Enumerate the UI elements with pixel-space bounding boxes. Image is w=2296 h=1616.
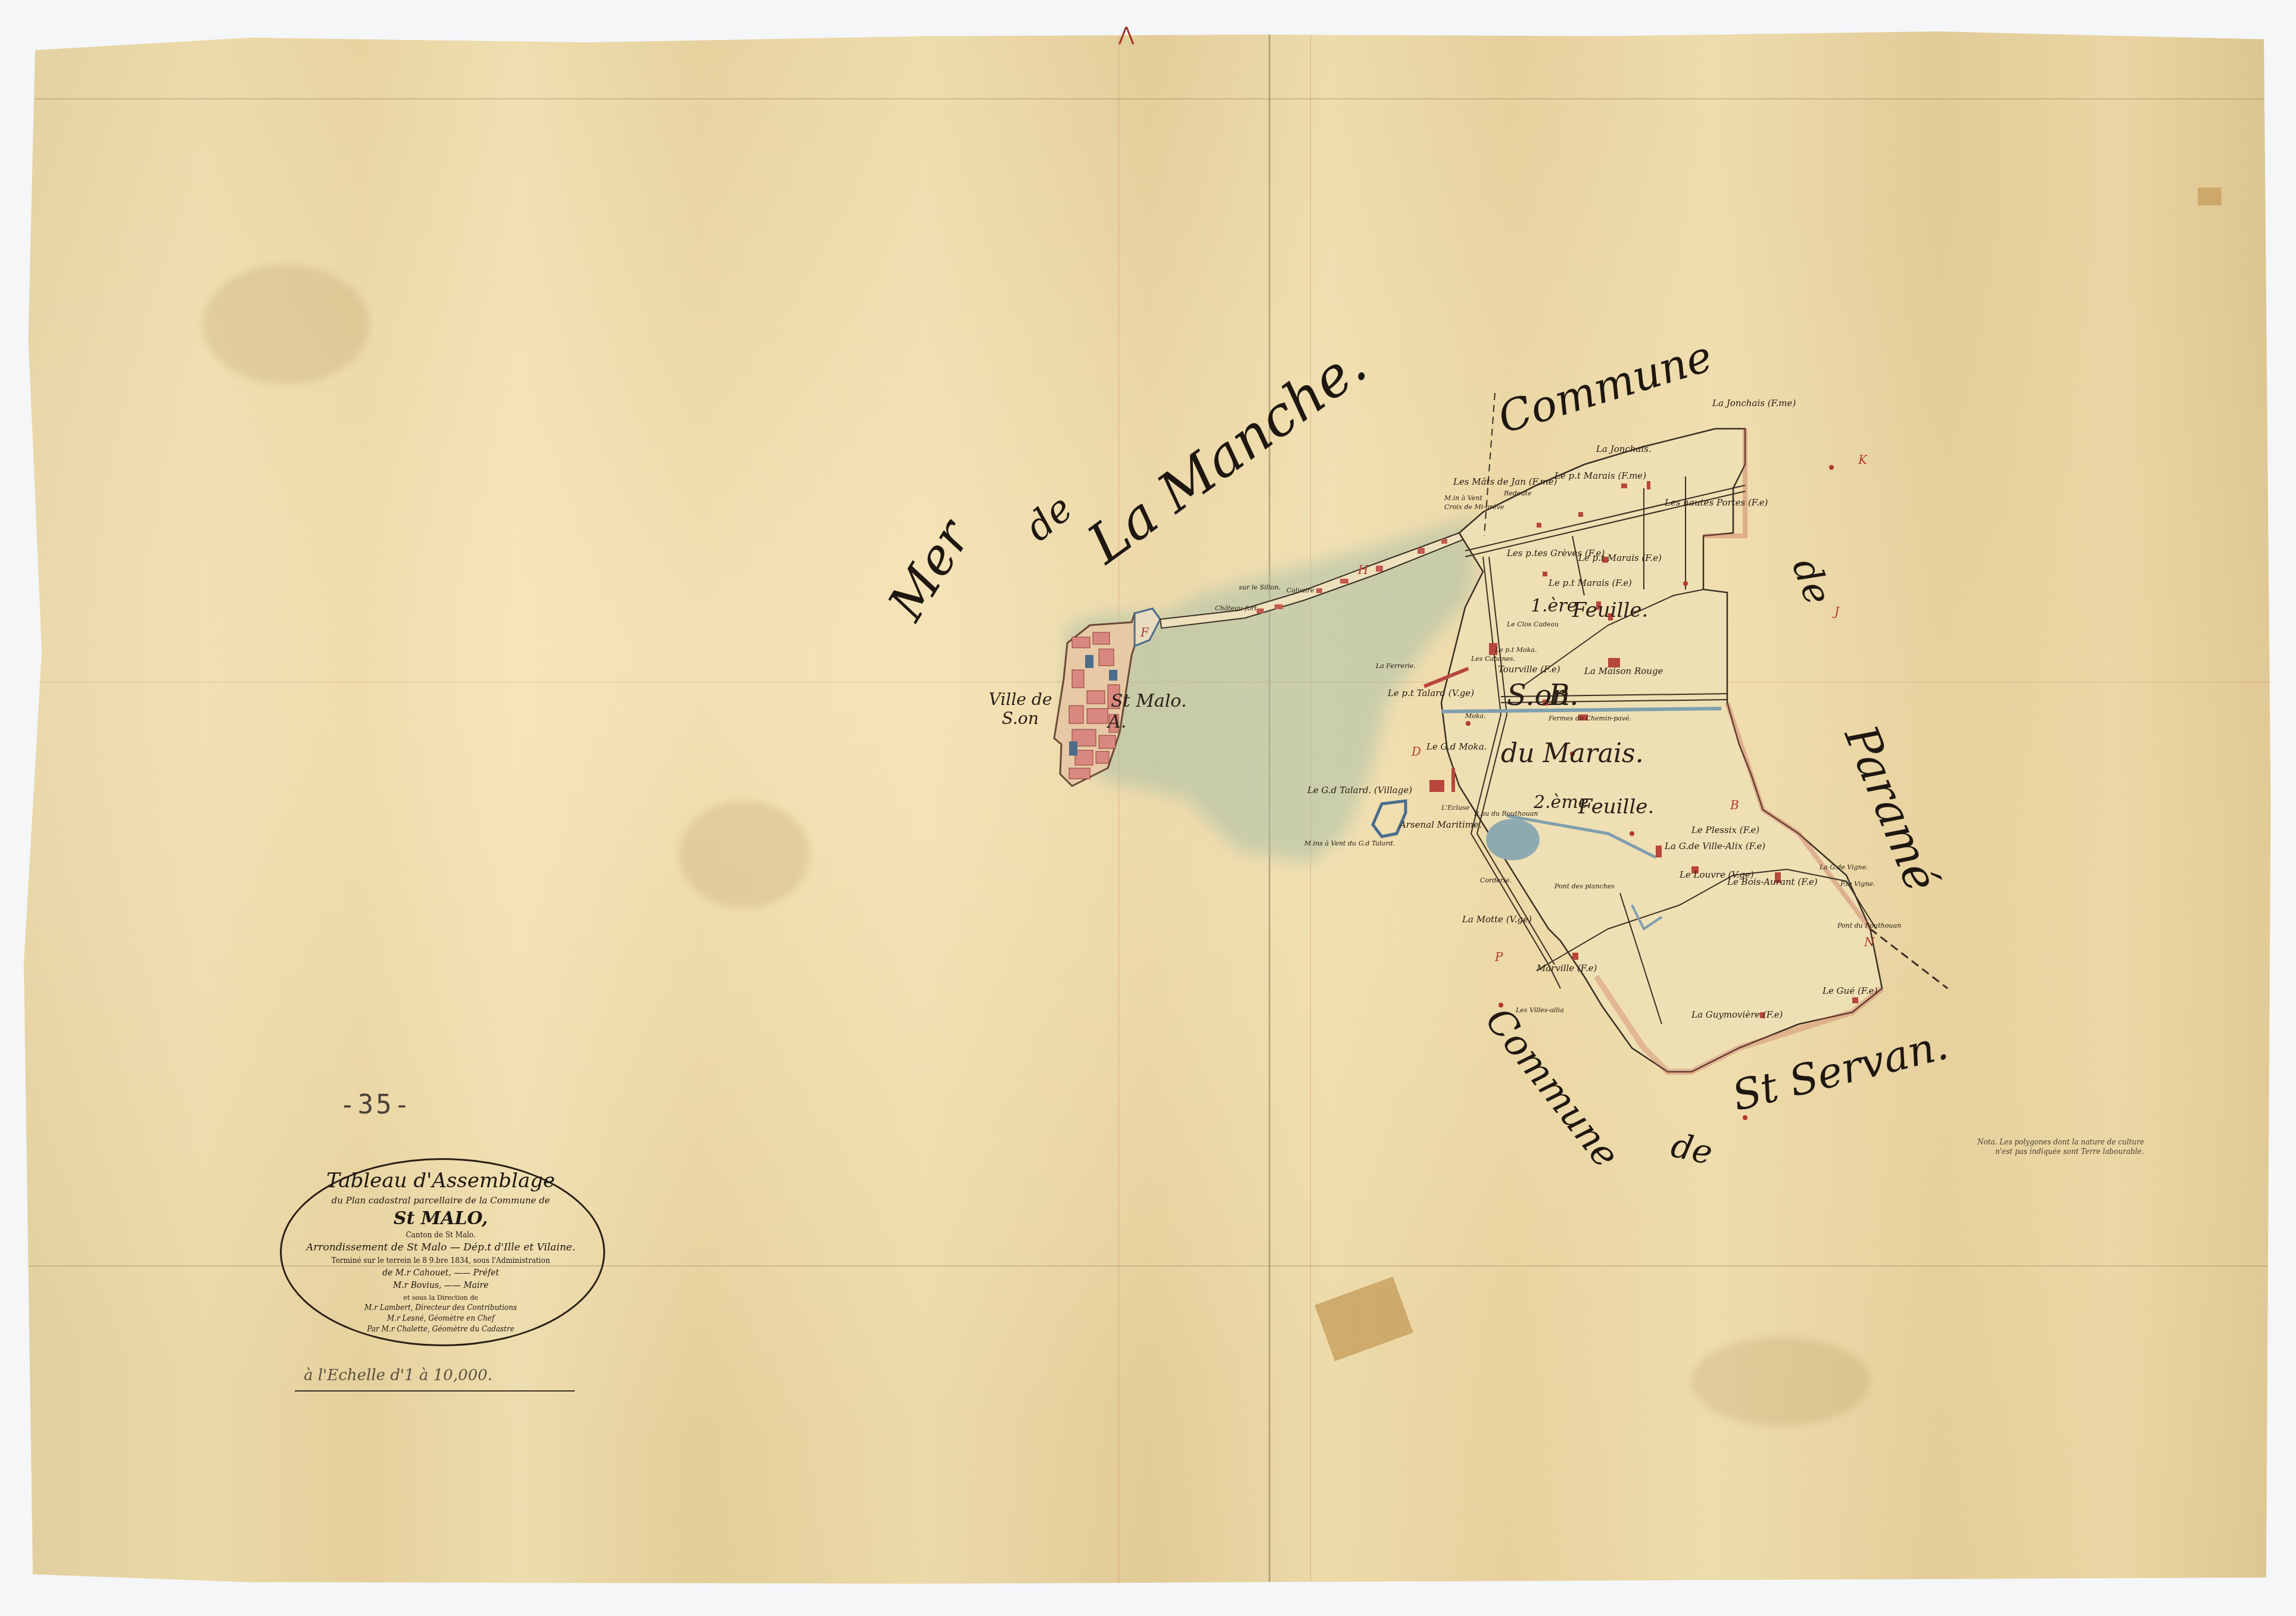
place-label: Marville (F.e) xyxy=(1537,963,1597,974)
arsenal-maritime xyxy=(1373,801,1406,837)
place-label: La Ferrerie. xyxy=(1376,662,1416,670)
survey-point-p: P xyxy=(1495,950,1503,964)
cartouche-termine: Terminé sur le terrein le 8 9.bre 1834, … xyxy=(280,1256,602,1265)
cartouche-geometre: Par M.r Chalette, Géomètre du Cadastre xyxy=(280,1325,602,1333)
section-a-line2: S.on xyxy=(1002,709,1039,728)
section-a-letter: A. xyxy=(1108,712,1126,732)
place-label: La Maison Rouge xyxy=(1584,666,1663,676)
place-label: Le p.t Marais (F.e) xyxy=(1578,553,1662,563)
feuille-2-label: Feuille. xyxy=(1578,795,1654,819)
place-label: La Guymovière (F.e) xyxy=(1691,1009,1783,1020)
title-cartouche: Tableau d'Assemblage du Plan cadastral p… xyxy=(280,1158,613,1355)
survey-point-n: N xyxy=(1864,935,1875,949)
cartouche-maire: M.r Bovius, —— Maire xyxy=(280,1281,602,1290)
place-label: La Jonchais (F.me) xyxy=(1712,398,1796,408)
survey-point-f: F xyxy=(1141,625,1149,639)
place-label: Le p.t Marais (F.me) xyxy=(1554,470,1646,481)
place-label: Château fort xyxy=(1215,604,1257,612)
etang-marville-pond xyxy=(1486,819,1540,860)
feuille-1-label: Feuille. xyxy=(1572,598,1648,622)
place-label: La Motte (V.ge) xyxy=(1462,914,1532,925)
place-label: Le p.t Marais (F.e) xyxy=(1549,578,1632,588)
feuille-1-num: 1.ère xyxy=(1531,595,1577,616)
survey-point-h: H xyxy=(1358,563,1368,577)
place-label: Le p.t Talard (V.ge) xyxy=(1388,688,1474,698)
cartouche-directeur: M.r Lambert, Directeur des Contributions xyxy=(280,1303,602,1312)
survey-point-j: J xyxy=(1834,604,1839,619)
place-label: Les Mâts de Jan (F.me) xyxy=(1453,476,1557,487)
place-label: La Jonchais. xyxy=(1596,444,1652,454)
place-label: P.te Vigne. xyxy=(1840,880,1876,888)
place-label: Le Bois-Aurant (F.e) xyxy=(1727,876,1818,887)
nota-text: Nota. Les polygones dont la nature de cu… xyxy=(1977,1137,2144,1156)
cartouche-arrondissement: Arrondissement de St Malo — Dép.t d'Ille… xyxy=(280,1241,602,1253)
place-label: Calvaire xyxy=(1286,586,1314,594)
place-label: Redoute xyxy=(1504,489,1531,497)
place-label: Le Plessix (F.e) xyxy=(1691,825,1759,835)
section-b-name: du Marais. xyxy=(1501,738,1644,769)
section-b-letter: B. xyxy=(1549,679,1579,712)
place-label: Le G.d Moka. xyxy=(1426,741,1487,752)
place-label: Le Gué (F.e) xyxy=(1823,985,1877,996)
place-label: Le G.d Talard. (Village) xyxy=(1307,785,1412,795)
survey-point-k: K xyxy=(1858,453,1867,467)
survey-point-d: D xyxy=(1412,744,1421,759)
place-label: Le p.t Moka. xyxy=(1495,646,1537,654)
place-label: Arsenal Maritime. xyxy=(1400,819,1482,830)
survey-point-b: B xyxy=(1730,798,1739,812)
nota-line-2: n'est pas indiquée sont Terre labourable… xyxy=(1977,1147,2144,1156)
place-label: Tourville (F.e) xyxy=(1498,664,1560,675)
place-label: sur le Sillon. xyxy=(1239,584,1281,591)
place-label: La G.de Vigne. xyxy=(1820,863,1868,871)
section-a-line1: Ville de xyxy=(989,690,1052,709)
place-label: Les Cabanes. xyxy=(1471,655,1515,663)
place-label: La G.de Ville-Alix (F.e) xyxy=(1665,841,1765,851)
nota-line-1: Nota. Les polygones dont la nature de cu… xyxy=(1977,1137,2144,1147)
cartouche-prefet: de M.r Cahouet, —— Préfet xyxy=(280,1268,602,1278)
place-label: M.ins à Vent du G.d Talard. xyxy=(1304,840,1395,847)
cartouche-direction: et sous la Direction de xyxy=(280,1294,602,1302)
place-label: Pont des planches xyxy=(1554,882,1615,890)
cartouche-subtitle: du Plan cadastral parcellaire de la Comm… xyxy=(280,1195,602,1206)
place-label: Corderie. xyxy=(1480,876,1512,884)
place-label: Pont du Routhouan xyxy=(1837,922,1901,929)
place-label: M.in à Vent xyxy=(1444,494,1482,502)
cartouche-title: Tableau d'Assemblage xyxy=(280,1169,602,1193)
cartouche-commune: St MALO, xyxy=(280,1208,602,1229)
place-label: L'Ecluse xyxy=(1441,804,1469,812)
cartouche-canton: Canton de St Malo. xyxy=(280,1231,602,1239)
sheet-number: -35- xyxy=(339,1090,412,1120)
place-label: Le Clos Cadeau xyxy=(1507,620,1559,628)
cartouche-geometre-chef: M.r Lesné, Géomètre en Chef xyxy=(280,1314,602,1322)
place-label: Croix de Mi-grève xyxy=(1444,503,1504,511)
scale-statement: à l'Echelle d'1 à 10,000. xyxy=(304,1367,493,1384)
place-label: Les Villes-allia xyxy=(1516,1006,1564,1014)
scale-underline xyxy=(295,1390,575,1392)
place-label: Les hautes Portes (F.e) xyxy=(1665,497,1768,508)
place-label: R.au du Routhouan xyxy=(1474,810,1538,818)
commune-south-de: de xyxy=(1668,1126,1716,1172)
place-label: Fermes du Chemin-pavé. xyxy=(1549,715,1631,722)
section-a-name: St Malo. xyxy=(1111,691,1186,712)
place-label: Moka. xyxy=(1465,712,1486,720)
